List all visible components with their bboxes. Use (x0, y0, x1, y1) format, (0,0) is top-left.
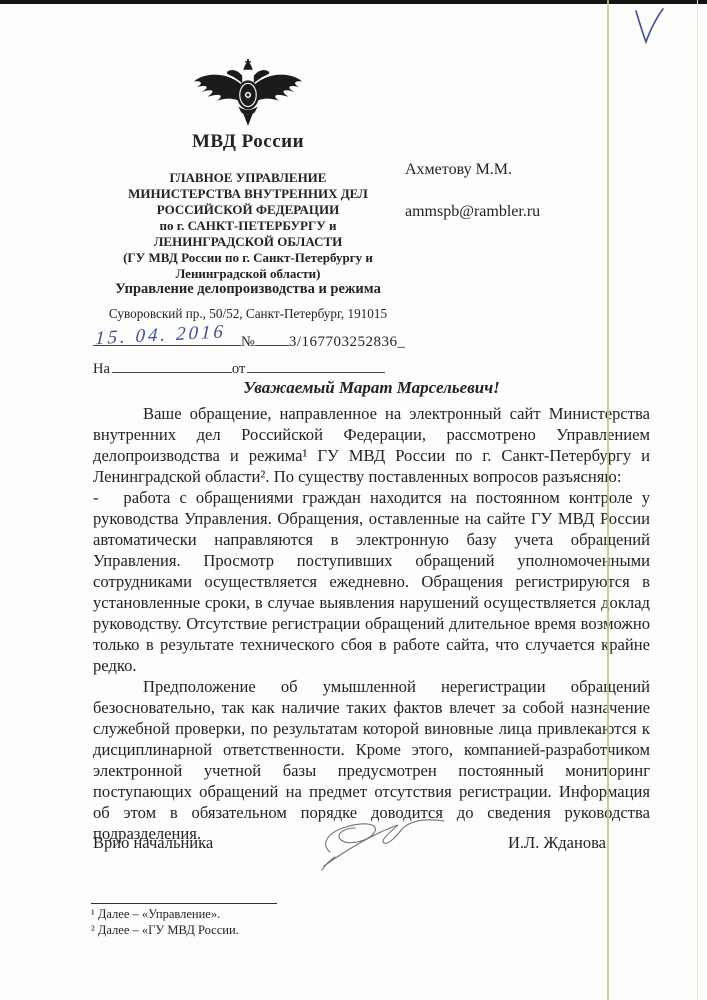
body-paragraph: Ваше обращение, направленное на электрон… (93, 403, 650, 487)
org-short-title: МВД России (95, 131, 401, 153)
checkmark-icon (632, 8, 666, 48)
na-blank-line (112, 357, 232, 373)
footnote: ¹ Далее – «Управление». (91, 907, 491, 923)
addressee-block: Ахметову М.М. ammspb@rambler.ru (405, 160, 625, 222)
reference-block: 15. 04. 2016 №3/167703252836_ Наот (93, 330, 423, 378)
org-line: РОССИЙСКОЙ ФЕДЕРАЦИИ (95, 202, 401, 218)
signer-name: И.Л. Жданова (508, 833, 648, 853)
footnotes: ¹ Далее – «Управление». ² Далее – «ГУ МВ… (91, 907, 491, 938)
scanned-letter-page: МВД России ГЛАВНОЕ УПРАВЛЕНИЕ МИНИСТЕРСТ… (0, 0, 707, 1000)
paper-right-edge (697, 0, 698, 1000)
org-line: Ленинградской области) (95, 266, 401, 282)
outgoing-number: 3/167703252836 (289, 334, 398, 350)
addressee-name: Ахметову М.М. (405, 160, 625, 180)
ot-blank-line (247, 357, 385, 373)
reply-to-row: Наот (93, 357, 423, 378)
org-full-title: ГЛАВНОЕ УПРАВЛЕНИЕ МИНИСТЕРСТВА ВНУТРЕНН… (95, 170, 401, 282)
body-paragraph: - работа с обращениями граждан находится… (93, 487, 650, 676)
org-line: МИНИСТЕРСТВА ВНУТРЕННИХ ДЕЛ (95, 186, 401, 202)
salutation: Уважаемый Марат Марсельевич! (93, 378, 650, 398)
na-label: На (93, 361, 110, 377)
number-blank-line (255, 330, 289, 346)
org-line: (ГУ МВД России по г. Санкт-Петербургу и (95, 250, 401, 266)
org-line: ГЛАВНОЕ УПРАВЛЕНИЕ (95, 170, 401, 186)
fold-line (607, 0, 609, 1000)
scan-top-edge (0, 0, 707, 4)
date-number-row: 15. 04. 2016 №3/167703252836_ (93, 330, 423, 351)
department-title: Управление делопроизводства и режима (95, 281, 401, 298)
letter-body: Ваше обращение, направленное на электрон… (93, 403, 650, 844)
footnote: ² Далее – «ГУ МВД России. (91, 923, 491, 939)
org-line: ЛЕНИНГРАДСКОЙ ОБЛАСТИ (95, 234, 401, 250)
letterhead: МВД России ГЛАВНОЕ УПРАВЛЕНИЕ МИНИСТЕРСТ… (95, 58, 401, 282)
mvd-eagle-emblem (190, 58, 306, 128)
org-line: по г. САНКТ-ПЕТЕРБУРГУ и (95, 218, 401, 234)
number-trailing-underscore: _ (398, 334, 405, 350)
signer-position: Врио начальника (93, 833, 213, 853)
signature-scribble (318, 812, 450, 878)
addressee-email: ammspb@rambler.ru (405, 202, 625, 222)
ot-label: от (232, 361, 245, 377)
footnote-divider (91, 903, 277, 904)
